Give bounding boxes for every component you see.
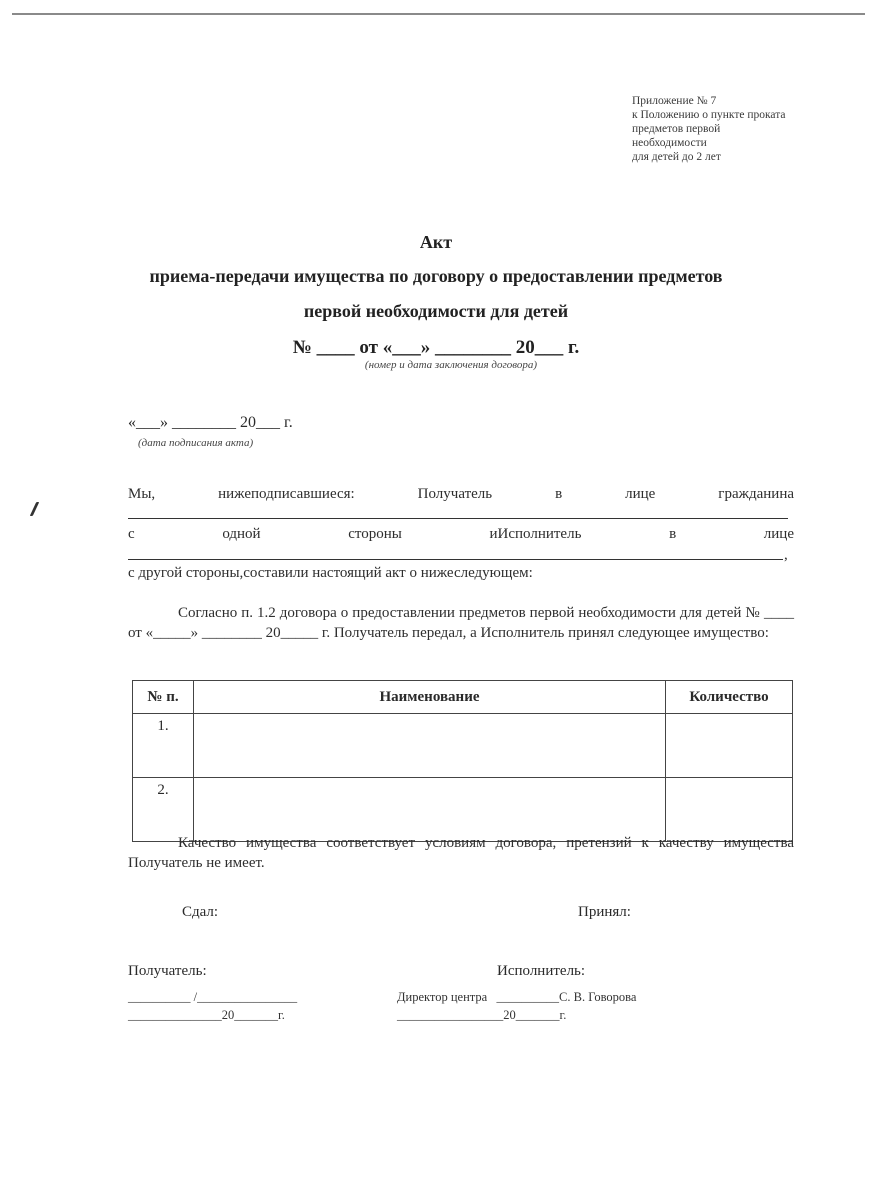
appendix-note: Приложение № 7 к Положению о пункте прок… — [632, 94, 786, 164]
document-subtitle-line2: первой необходимости для детей — [0, 301, 872, 322]
word: стороны — [348, 526, 402, 543]
property-table: № п. Наименование Количество 1. 2. — [132, 680, 793, 842]
word: Получатель — [418, 486, 492, 503]
appendix-line: Приложение № 7 — [632, 94, 786, 108]
contract-caption: (номер и дата заключения договора) — [0, 359, 872, 371]
word: в — [555, 486, 562, 503]
appendix-line: к Положению о пункте проката — [632, 108, 786, 122]
table-header-row: № п. Наименование Количество — [133, 681, 793, 714]
table-row: 1. — [133, 714, 793, 778]
row-quantity — [666, 778, 793, 842]
table-row: 2. — [133, 778, 793, 842]
executor-name-blank — [128, 559, 783, 560]
top-border-rule — [12, 13, 865, 15]
recipient-name-blank — [128, 518, 788, 519]
row-quantity — [666, 714, 793, 778]
word: с — [128, 526, 135, 543]
appendix-line: для детей до 2 лет — [632, 150, 786, 164]
act-signing-date: «___» ________ 20___ г. — [128, 414, 293, 432]
word: одной — [222, 526, 260, 543]
comma: , — [784, 547, 788, 564]
word: нижеподписавшиеся: — [218, 486, 355, 503]
recipient-date-line: _______________20_______г. — [128, 1008, 285, 1023]
word: в — [669, 526, 676, 543]
accepted-label: Принял: — [578, 904, 631, 921]
stray-pen-mark — [30, 502, 40, 516]
document-title: Акт — [0, 232, 872, 253]
appendix-line: необходимости — [632, 136, 786, 150]
word: иИсполнитель — [489, 526, 581, 543]
executor-label: Исполнитель: — [497, 963, 585, 980]
recipient-label: Получатель: — [128, 963, 207, 980]
row-number: 1. — [133, 714, 194, 778]
word: лице — [625, 486, 655, 503]
contract-number-date: № ____ от «___» ________ 20___ г. — [0, 337, 872, 359]
executor-date-line: _________________20_______г. — [397, 1008, 566, 1023]
transfer-paragraph: Согласно п. 1.2 договора о предоставлени… — [128, 603, 794, 643]
appendix-line: предметов первой — [632, 122, 786, 136]
document-subtitle-line1: приема-передачи имущества по договору о … — [0, 266, 872, 287]
row-number: 2. — [133, 778, 194, 842]
recipient-signature-line: __________ /________________ — [128, 990, 297, 1005]
parties-line-1: Мы, нижеподписавшиеся: Получатель в лице… — [128, 486, 794, 503]
header-quantity: Количество — [666, 681, 793, 714]
header-name: Наименование — [194, 681, 666, 714]
parties-line-2: с одной стороны иИсполнитель в лице — [128, 526, 794, 543]
parties-line-3: с другой стороны,составили настоящий акт… — [128, 565, 533, 582]
word: лице — [764, 526, 794, 543]
word: гражданина — [718, 486, 794, 503]
executor-signature-line: Директор центра __________С. В. Говорова — [397, 990, 636, 1005]
row-name — [194, 714, 666, 778]
quality-statement: Качество имущества соответствует условия… — [128, 833, 794, 873]
handed-over-label: Сдал: — [182, 904, 218, 921]
act-date-caption: (дата подписания акта) — [138, 437, 253, 449]
word: Мы, — [128, 486, 155, 503]
header-number: № п. — [133, 681, 194, 714]
row-name — [194, 778, 666, 842]
